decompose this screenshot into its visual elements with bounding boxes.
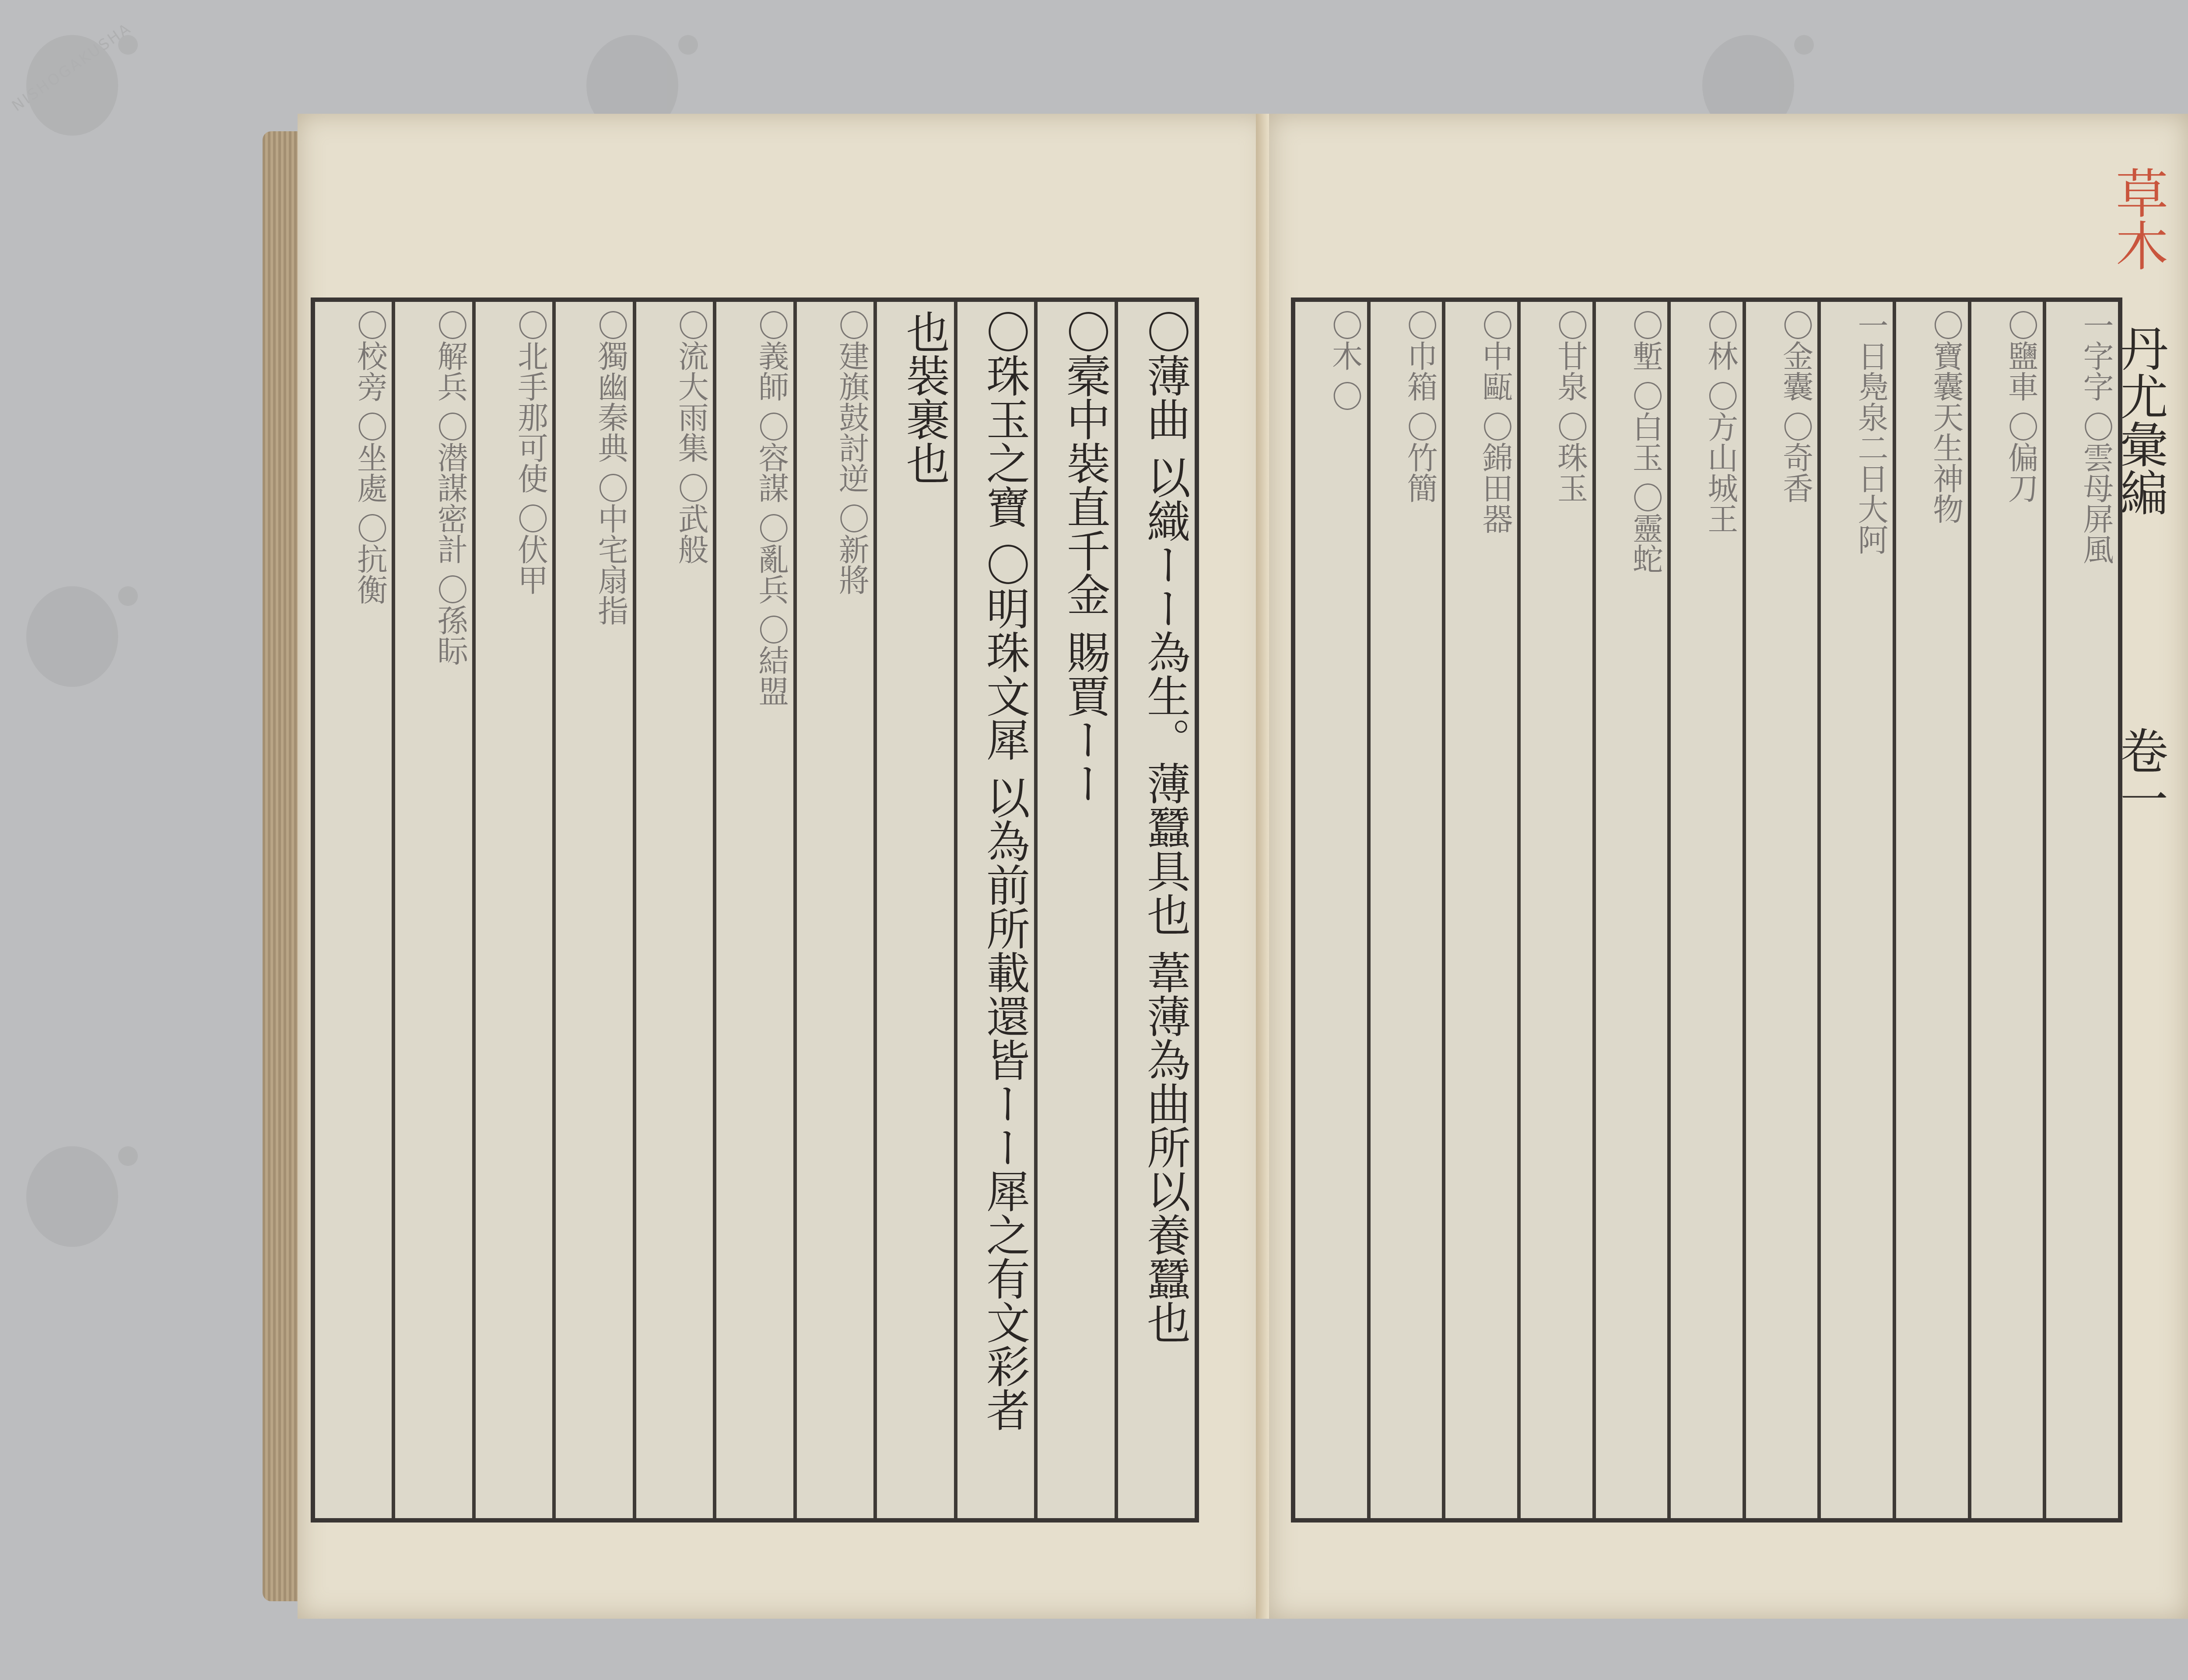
watermark-logo	[9, 1120, 140, 1251]
text-column: 〇木 〇	[1295, 302, 1367, 1518]
watermark-logo: NISHOGAKUSHA	[9, 9, 140, 140]
open-book: 丹尤彙編 卷一 〇薄曲 以織ーー為生。薄蠶具也 葦薄為曲所以養蠶也 〇槖中裝直千…	[263, 114, 2188, 1619]
text-column: 〇甘泉 〇珠玉	[1517, 302, 1592, 1518]
left-text-frame: 〇薄曲 以織ーー為生。薄蠶具也 葦薄為曲所以養蠶也 〇槖中裝直千金 賜賈ーー 〇…	[311, 297, 1199, 1522]
text-column: 〇槖中裝直千金 賜賈ーー	[1034, 302, 1114, 1518]
watermark-dot-icon	[1794, 35, 1814, 55]
text-column: 〇北手那可使 〇伏甲	[472, 302, 552, 1518]
text-column: 〇塹 〇白玉 〇靈蛇	[1592, 302, 1668, 1518]
text-column: 〇薄曲 以織ーー為生。薄蠶具也 葦薄為曲所以養蠶也	[1115, 302, 1195, 1518]
text-column: 〇金囊 〇奇香	[1743, 302, 1818, 1518]
watermark-dot-icon	[678, 35, 698, 55]
text-column: 〇鹽車 〇偏刀	[1968, 302, 2043, 1518]
text-column: 〇解兵 〇潜謀密計 〇孫眎	[392, 302, 472, 1518]
red-stamp: 草木	[2100, 166, 2175, 271]
text-column: 一日鳧泉二日大阿	[1817, 302, 1893, 1518]
text-column: 〇獨幽秦典 〇中宅扇指	[552, 302, 632, 1518]
watermark-dot-icon	[118, 586, 138, 606]
right-text-frame: 一字字 〇雲母屏風 〇鹽車 〇偏刀 〇寶囊天生神物 一日鳧泉二日大阿 〇金囊 〇…	[1291, 297, 2122, 1522]
left-page: 丹尤彙編 卷一 〇薄曲 以織ーー為生。薄蠶具也 葦薄為曲所以養蠶也 〇槖中裝直千…	[298, 114, 1269, 1619]
watermark-circle-icon	[26, 1146, 118, 1247]
text-column: 〇巾箱 〇竹簡	[1367, 302, 1442, 1518]
text-column: 〇流大雨集 〇武般	[633, 302, 713, 1518]
text-column: 〇建旗鼓討逆 〇新將	[793, 302, 873, 1518]
text-column: 也裝裹也	[873, 302, 954, 1518]
watermark-circle-icon	[26, 586, 118, 687]
text-column: 一字字 〇雲母屏風	[2043, 302, 2118, 1518]
text-column: 〇義師 〇容謀 〇亂兵 〇結盟	[713, 302, 793, 1518]
text-column: 〇寶囊天生神物	[1893, 302, 1968, 1518]
text-column: 〇校旁 〇坐處 〇抗衡	[315, 302, 392, 1518]
text-column: 〇珠玉之寶 〇明珠文犀 以為前所載還皆ーー犀之有文彩者	[954, 302, 1034, 1518]
right-page: 草木 丹尤彙編 卷一 一字字 〇雲母屏風 〇鹽車 〇偏刀 〇寶囊天生神物 一日鳧…	[1269, 114, 2188, 1619]
watermark-logo	[9, 560, 140, 691]
text-column: 〇林 〇方山城王	[1667, 302, 1743, 1518]
watermark-dot-icon	[118, 1146, 138, 1166]
text-column: 〇中甌 〇錦田器	[1442, 302, 1517, 1518]
